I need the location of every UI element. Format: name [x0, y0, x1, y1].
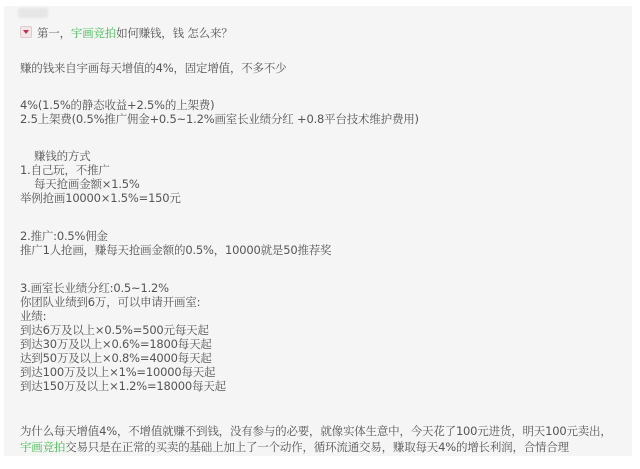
method2-detail: 推广1人抢画，赚每天抢画金额的0.5%，10000就是50推荐奖 — [20, 243, 331, 257]
method2-title: 2.推广:0.5%佣金 — [20, 229, 108, 243]
brand-name: 宇画竞拍 — [20, 440, 65, 454]
heart-emoji-icon — [20, 26, 32, 38]
method3-label: 业绩: — [20, 309, 46, 323]
footer-line-2: 宇画竞拍交易只是在正常的买卖的基础上加上了一个动作，循环流通交易，赚取每天4%的… — [20, 440, 569, 454]
breakdown-line-2: 2.5上架费(0.5%推广佣金+0.5~1.2%画室长业绩分红 +0.8平台技术… — [20, 112, 419, 126]
header-suffix: 如何赚钱，钱 怎么来？ — [116, 26, 232, 40]
intro-text: 赚的钱来自宇画每天增值的4%，固定增值，不多不少 — [20, 61, 286, 75]
breakdown-line-1: 4%(1.5%的静态收益+2.5%的上架费) — [20, 98, 214, 112]
method3-detail: 你团队业绩到6万，可以申请开画室: — [20, 295, 200, 309]
methods-title: 赚钱的方式 — [34, 149, 91, 163]
tier-item: 到达100万及以上×1%=10000每天起 — [20, 365, 215, 379]
method1-title: 1.自己玩，不推广 — [20, 163, 110, 177]
tier-item: 达到50万及以上×0.8%=4000每天起 — [20, 351, 212, 365]
tier-item: 到达30万及以上×0.6%=1800每天起 — [20, 337, 212, 351]
header-prefix: 第一， — [37, 26, 71, 40]
tier-item: 到达6万及以上×0.5%=500元每天起 — [20, 323, 209, 337]
header-line: 第一，宇画竞拍如何赚钱，钱 怎么来？ — [20, 26, 233, 40]
method3-title: 3.画室长业绩分红:0.5~1.2% — [20, 281, 169, 295]
footer-line-2-rest: 交易只是在正常的买卖的基础上加上了一个动作，循环流通交易，赚取每天4%的增长利润… — [65, 440, 569, 454]
footer-line-1: 为什么每天增值4%，不增值就赚不到钱，没有参与的必要，就像实体生意中，今天花了1… — [20, 424, 612, 438]
method1-example: 举例抢画10000×1.5%=150元 — [20, 191, 181, 205]
tier-item: 到达150万及以上×1.2%=18000每天起 — [20, 379, 226, 393]
method1-detail: 每天抢画金额×1.5% — [34, 177, 140, 191]
blurred-username — [18, 8, 48, 18]
message-panel: 第一，宇画竞拍如何赚钱，钱 怎么来？ 赚的钱来自宇画每天增值的4%，固定增值，不… — [4, 6, 632, 456]
brand-name: 宇画竞拍 — [71, 26, 116, 40]
